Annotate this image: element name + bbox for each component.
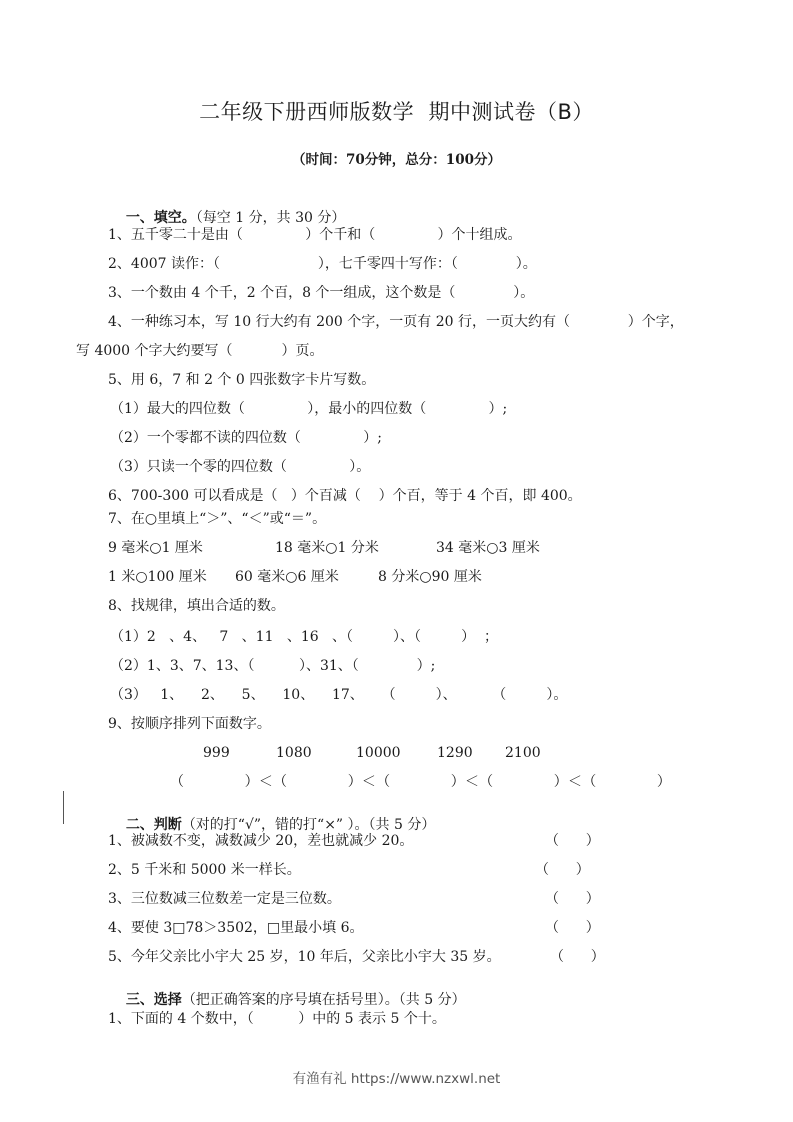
compare-item: 60 毫米○6 厘米 <box>235 570 339 584</box>
question-1-5-part2: （2）一个零都不读的四位数（ ）; <box>110 431 382 445</box>
section1-note: （每空 1 分，共 30 分） <box>196 210 346 226</box>
judge-blank-1: （ ） <box>545 834 600 848</box>
question-1-5: 5、用 6，7 和 2 个 0 四张数字卡片写数。 <box>108 373 375 387</box>
question-1-6: 6、700-300 可以看成是（ ）个百减（ ）个百，等于 4 个百，即 400… <box>108 489 582 503</box>
judge-blank-4: （ ） <box>545 921 600 935</box>
number-to-sort: 999 <box>203 746 230 760</box>
compare-item: 9 毫米○1 厘米 <box>108 541 203 555</box>
question-1-5-part1: （1）最大的四位数（ ），最小的四位数（ ）; <box>110 402 507 416</box>
judge-item-4: 4、要使 3□78＞3502，□里最小填 6。 <box>108 921 364 935</box>
judge-item-2: 2、5 千米和 5000 米一样长。 <box>108 863 301 877</box>
judge-item-3: 3、三位数减三位数差一定是三位数。 <box>108 892 341 906</box>
footer-watermark: 有渔有礼 https://www.nzxwl.net <box>0 1073 793 1087</box>
question-1-4-line2: 写 4000 个字大约要写（ ）页。 <box>76 344 323 358</box>
question-1-8-part3: （3） 1、 2、 5、 10、 17、 （ ）、 （ ）。 <box>110 688 567 702</box>
exam-time-score: （时间：70分钟，总分：100分） <box>0 154 793 168</box>
sort-answer-blanks: （ ）＜（ ）＜（ ）＜（ ）＜（ ） <box>170 775 671 789</box>
question-1-8: 8、找规律，填出合适的数。 <box>108 599 285 613</box>
compare-item: 34 毫米○3 厘米 <box>436 541 540 555</box>
compare-item: 18 毫米○1 分米 <box>275 541 379 555</box>
margin-mark <box>63 791 64 824</box>
section2-note: （对的打“√”，错的打“×” ）。（共 5 分） <box>182 817 436 833</box>
exam-page: 二年级下册西师版数学 期中测试卷（B） （时间：70分钟，总分：100分） 一、… <box>0 0 793 1122</box>
question-1-5-part3: （3）只读一个零的四位数（ ）。 <box>110 460 370 474</box>
number-to-sort: 1080 <box>276 746 312 760</box>
question-1-4-line1: 4、一种练习本，写 10 行大约有 200 个字，一页有 20 行，一页大约有（… <box>108 315 684 329</box>
question-1-9: 9、按顺序排列下面数字。 <box>108 717 271 731</box>
page-title: 二年级下册西师版数学 期中测试卷（B） <box>0 102 793 123</box>
judge-blank-2: （ ） <box>535 863 590 877</box>
compare-item: 8 分米○90 厘米 <box>378 570 482 584</box>
choice-question-1: 1、下面的 4 个数中，（ ）中的 5 表示 5 个十。 <box>108 1012 446 1026</box>
section2-title: 二、判断 <box>126 817 182 833</box>
number-to-sort: 1290 <box>437 746 473 760</box>
question-1-8-part1: （1）2 、4、 7 、11 、16 、（ ）、（ ） ； <box>110 630 498 644</box>
compare-item: 1 米○100 厘米 <box>108 570 207 584</box>
judge-item-1: 1、被减数不变，减数减少 20，差也就减少 20。 <box>108 834 413 848</box>
question-1-1: 1、五千零二十是由（ ）个千和（ ）个十组成。 <box>108 228 522 242</box>
section3-title: 三、选择 <box>126 992 182 1008</box>
question-1-3: 3、一个数由 4 个千，2 个百，8 个一组成，这个数是（ ）。 <box>108 286 534 300</box>
judge-blank-3: （ ） <box>545 892 600 906</box>
question-1-8-part2: （2）1、3、7、13、（ ）、31、（ ）; <box>110 659 435 673</box>
number-to-sort: 10000 <box>356 746 401 760</box>
question-1-2: 2、4007 读作：（ ），七千零四十写作：（ ）。 <box>108 257 537 271</box>
judge-blank-5: （ ） <box>550 950 605 964</box>
question-1-7: 7、在○里填上“＞”、“＜”或“＝”。 <box>108 512 326 526</box>
judge-item-5: 5、今年父亲比小宇大 25 岁，10 年后，父亲比小宇大 35 岁。 <box>108 950 501 964</box>
number-to-sort: 2100 <box>505 746 541 760</box>
section1-title: 一、填空。 <box>126 210 196 226</box>
section3-note: （把正确答案的序号填在括号里）。（共 5 分） <box>182 992 466 1008</box>
